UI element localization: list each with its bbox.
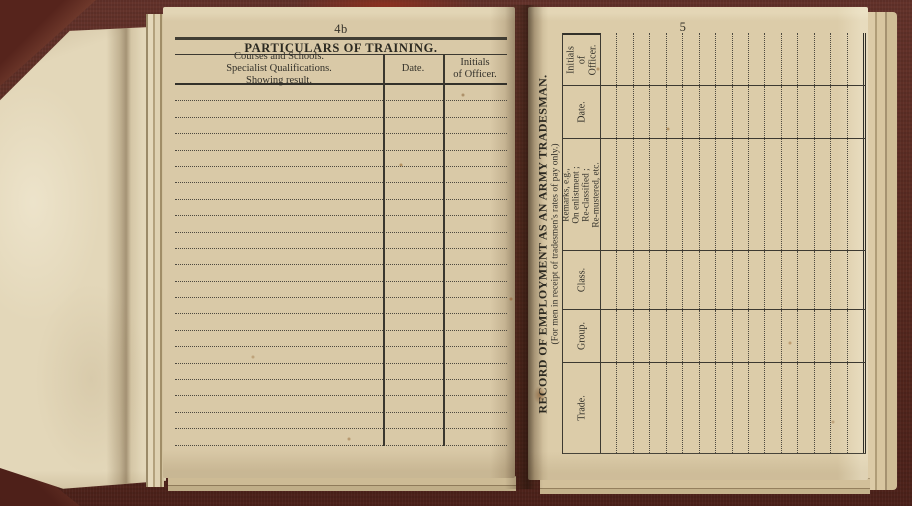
column-divider-1 bbox=[383, 54, 385, 446]
inside-cover-flap bbox=[0, 0, 166, 506]
entry-cell bbox=[749, 139, 765, 250]
entry-cell bbox=[667, 363, 683, 453]
table-row bbox=[175, 233, 507, 249]
entry-cell bbox=[601, 310, 617, 362]
entry-cell bbox=[798, 251, 814, 309]
entry-cell bbox=[601, 251, 617, 309]
entry-cell bbox=[634, 86, 650, 138]
entry-cell bbox=[617, 251, 633, 309]
title-rule bbox=[175, 37, 507, 40]
entry-cell bbox=[667, 139, 683, 250]
entry-cell bbox=[650, 251, 666, 309]
entry-cell bbox=[683, 139, 699, 250]
entry-cell bbox=[848, 363, 863, 453]
entry-cell bbox=[650, 33, 666, 85]
entry-cell bbox=[634, 139, 650, 250]
band-label-date: Date. bbox=[563, 86, 601, 138]
table-row bbox=[175, 265, 507, 281]
table-row bbox=[175, 364, 507, 380]
table-row bbox=[175, 380, 507, 396]
page-stack-edge-bottom-right bbox=[540, 478, 870, 494]
band-label-initials: Initials of Officer. bbox=[563, 33, 601, 85]
band-label-class: Class. bbox=[563, 251, 601, 309]
entry-cell bbox=[617, 33, 633, 85]
entry-cell bbox=[716, 86, 732, 138]
entry-cell bbox=[815, 86, 831, 138]
entry-cell bbox=[683, 86, 699, 138]
entry-cell bbox=[831, 363, 847, 453]
table-row bbox=[175, 101, 507, 117]
entry-cell bbox=[617, 139, 633, 250]
entry-cell bbox=[667, 251, 683, 309]
band-label-trade: Trade. bbox=[563, 363, 601, 453]
entry-cell bbox=[765, 251, 781, 309]
entry-cell bbox=[798, 86, 814, 138]
band-remarks: Remarks, e.g., On enlistment ; Re-classi… bbox=[563, 139, 866, 251]
table-row bbox=[175, 347, 507, 363]
page-stack-edge-right bbox=[866, 12, 897, 490]
table-row bbox=[175, 200, 507, 216]
page-stack-edge-bottom-left bbox=[168, 476, 516, 491]
band-trade: Trade. bbox=[563, 363, 866, 454]
band-entries-date bbox=[601, 86, 866, 138]
column-header-courses: Courses and Schools. Specialist Qualific… bbox=[175, 55, 383, 83]
entry-cell bbox=[815, 310, 831, 362]
entry-cell bbox=[700, 86, 716, 138]
entry-cell bbox=[782, 251, 798, 309]
entry-cell bbox=[716, 33, 732, 85]
table-row bbox=[175, 298, 507, 314]
table-row bbox=[175, 282, 507, 298]
employment-table-title-strip: RECORD OF EMPLOYMENT AS AN ARMY TRADESMA… bbox=[536, 33, 562, 454]
entry-cell bbox=[700, 33, 716, 85]
table-row bbox=[175, 134, 507, 150]
column-header-date: Date. bbox=[383, 55, 443, 83]
band-entries-class bbox=[601, 251, 866, 309]
column-header-initials: Initials of Officer. bbox=[443, 55, 507, 83]
table-row bbox=[175, 331, 507, 347]
entry-cell bbox=[650, 363, 666, 453]
band-date: Date. bbox=[563, 86, 866, 139]
employment-table-title: RECORD OF EMPLOYMENT AS AN ARMY TRADESMA… bbox=[536, 74, 550, 413]
entry-cell bbox=[634, 363, 650, 453]
page-left-4b: 4b PARTICULARS OF TRAINING. Courses and … bbox=[163, 7, 515, 478]
entry-cell bbox=[733, 310, 749, 362]
entry-cell bbox=[683, 251, 699, 309]
entry-cell bbox=[601, 363, 617, 453]
table-row bbox=[175, 413, 507, 429]
entry-cell bbox=[667, 33, 683, 85]
entry-cell bbox=[683, 310, 699, 362]
band-entries-remarks bbox=[601, 139, 866, 250]
entry-cell bbox=[782, 310, 798, 362]
band-entries-trade bbox=[601, 363, 866, 453]
entry-cell bbox=[831, 86, 847, 138]
band-entries-group bbox=[601, 310, 866, 362]
table-row bbox=[175, 167, 507, 183]
band-class: Class. bbox=[563, 251, 866, 310]
entry-cell bbox=[700, 310, 716, 362]
entry-cell bbox=[831, 310, 847, 362]
entry-cell bbox=[667, 86, 683, 138]
entry-cell bbox=[667, 310, 683, 362]
entry-cell bbox=[798, 310, 814, 362]
training-table-header: Courses and Schools. Specialist Qualific… bbox=[175, 54, 507, 85]
employment-table: RECORD OF EMPLOYMENT AS AN ARMY TRADESMA… bbox=[536, 33, 866, 454]
entry-cell bbox=[617, 86, 633, 138]
entry-cell bbox=[749, 86, 765, 138]
employment-table-subtitle: (For men in receipt of tradesmen's rates… bbox=[550, 74, 561, 413]
entry-cell bbox=[765, 86, 781, 138]
entry-cell bbox=[798, 363, 814, 453]
table-row bbox=[175, 118, 507, 134]
entry-cell bbox=[601, 33, 617, 85]
table-row bbox=[175, 85, 507, 101]
entry-cell bbox=[749, 310, 765, 362]
entry-cell bbox=[749, 33, 765, 85]
entry-cell bbox=[716, 251, 732, 309]
entry-cell bbox=[716, 139, 732, 250]
entry-cell bbox=[782, 33, 798, 85]
page-right-5: 5 RECORD OF EMPLOYMENT AS AN ARMY TRADES… bbox=[528, 7, 868, 480]
table-row bbox=[175, 314, 507, 330]
entry-cell bbox=[733, 363, 749, 453]
page-stack-edge-left bbox=[146, 14, 164, 487]
rotated-title-block: RECORD OF EMPLOYMENT AS AN ARMY TRADESMA… bbox=[536, 74, 561, 413]
entry-cell bbox=[617, 363, 633, 453]
entry-cell bbox=[634, 251, 650, 309]
training-table: PARTICULARS OF TRAINING. Courses and Sch… bbox=[175, 7, 507, 478]
entry-cell bbox=[733, 251, 749, 309]
entry-cell bbox=[650, 86, 666, 138]
entry-cell bbox=[848, 251, 863, 309]
entry-cell bbox=[765, 363, 781, 453]
table-row bbox=[175, 396, 507, 412]
entry-cell bbox=[782, 86, 798, 138]
entry-cell bbox=[749, 363, 765, 453]
band-label-remarks: Remarks, e.g., On enlistment ; Re-classi… bbox=[563, 139, 601, 250]
entry-cell bbox=[683, 33, 699, 85]
entry-cell bbox=[831, 33, 847, 85]
table-row bbox=[175, 183, 507, 199]
band-group: Group. bbox=[563, 310, 866, 363]
entry-cell bbox=[848, 33, 863, 85]
entry-cell bbox=[634, 33, 650, 85]
entry-cell bbox=[815, 363, 831, 453]
band-entries-initials bbox=[601, 33, 866, 85]
entry-cell bbox=[601, 139, 617, 250]
band-label-group: Group. bbox=[563, 310, 601, 362]
entry-cell bbox=[700, 139, 716, 250]
entry-cell bbox=[831, 251, 847, 309]
entry-cell bbox=[683, 363, 699, 453]
entry-cell bbox=[782, 139, 798, 250]
entry-cell bbox=[765, 139, 781, 250]
entry-cell bbox=[733, 86, 749, 138]
training-table-title: PARTICULARS OF TRAINING. bbox=[175, 42, 507, 55]
entry-cell bbox=[700, 363, 716, 453]
entry-cell bbox=[798, 33, 814, 85]
entry-cell bbox=[650, 139, 666, 250]
column-divider-2 bbox=[443, 54, 445, 446]
open-record-book-photo: 4b PARTICULARS OF TRAINING. Courses and … bbox=[0, 0, 912, 506]
entry-cell bbox=[700, 251, 716, 309]
entry-cell bbox=[650, 310, 666, 362]
entry-cell bbox=[733, 139, 749, 250]
training-table-rows bbox=[175, 85, 507, 446]
entry-cell bbox=[848, 310, 863, 362]
entry-cell bbox=[848, 86, 863, 138]
entry-cell bbox=[815, 33, 831, 85]
entry-cell bbox=[798, 139, 814, 250]
table-row bbox=[175, 429, 507, 445]
entry-cell bbox=[617, 310, 633, 362]
entry-cell bbox=[716, 310, 732, 362]
entry-cell bbox=[765, 310, 781, 362]
band-initials-of-officer: Initials of Officer. bbox=[563, 33, 866, 86]
entry-cell bbox=[749, 251, 765, 309]
entry-cell bbox=[848, 139, 863, 250]
entry-cell bbox=[634, 310, 650, 362]
entry-cell bbox=[831, 139, 847, 250]
entry-cell bbox=[815, 251, 831, 309]
entry-cell bbox=[601, 86, 617, 138]
entry-cell bbox=[733, 33, 749, 85]
table-row bbox=[175, 151, 507, 167]
entry-cell bbox=[815, 139, 831, 250]
entry-cell bbox=[765, 33, 781, 85]
entry-cell bbox=[716, 363, 732, 453]
employment-table-bands: Initials of Officer. Date. Remarks, e.g.… bbox=[562, 33, 866, 454]
entry-cell bbox=[782, 363, 798, 453]
table-row bbox=[175, 216, 507, 232]
table-row bbox=[175, 249, 507, 265]
